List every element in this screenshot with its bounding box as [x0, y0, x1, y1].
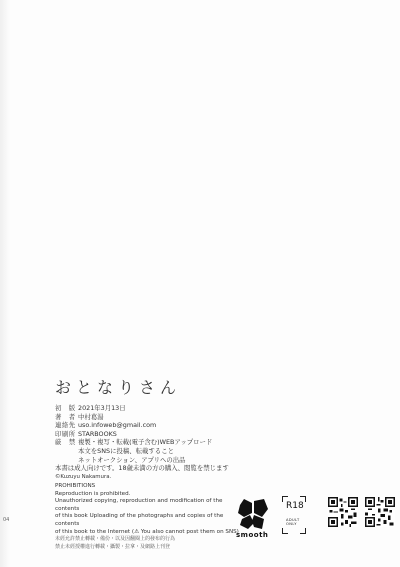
colophon-row-contact: 連絡先 uso.infoweb@gmail.com: [55, 421, 229, 430]
prohibited-line: ネットオークション、アプリへの出品: [55, 456, 229, 465]
book-title: おとなりさん: [55, 375, 181, 398]
colophon-row-author: 著 者 中村葛湯: [55, 413, 229, 422]
prohibited-line: 本文をSNSに投稿、転載すること: [55, 447, 229, 456]
r18-label: R18: [286, 501, 304, 511]
qr-code-icon: [365, 497, 395, 527]
prohibitions-heading: PROHIBITIONS: [55, 483, 245, 491]
page-number: 04: [3, 517, 9, 523]
adult-notice: 本書は成人向けです。18歳未満の方の購入、閲覧を禁じます: [55, 464, 229, 473]
colophon-row-prohibited: 厳 禁 複製・複写・転載(電子含む)WEBアップロード: [55, 438, 229, 447]
prohibitions-block: PROHIBITIONS Reproduction is prohibited.…: [55, 483, 245, 551]
colophon: 初 版 2021年3月13日 著 者 中村葛湯 連絡先 uso.infoweb@…: [55, 404, 229, 481]
copyright: ©Kuzuyu Nakamura.: [55, 473, 229, 482]
r18-badge: R18 ADULT ONLY: [282, 496, 306, 534]
prohibitions-chinese-line: 未經允許禁止轉載・備份・以及因翻閱上的發布的行為: [55, 536, 245, 544]
prohibitions-chinese-line: 禁止未經授權進行轉載・攝製・拉拿・及網路上刊登: [55, 544, 245, 552]
prohibitions-line: of this book Uploading of the photograph…: [55, 513, 245, 528]
contact-email: uso.infoweb@gmail.com: [78, 421, 156, 430]
qr-code-icon: [328, 497, 358, 527]
r18-sublabel: ADULT ONLY: [286, 518, 306, 526]
smooth-logo-text: smooth: [236, 531, 268, 539]
prohibitions-line: Unauthorized copying, reproduction and m…: [55, 498, 245, 513]
prohibitions-line: Reproduction is prohibited.: [55, 491, 245, 499]
smooth-logo: smooth: [236, 497, 272, 539]
smooth-logo-icon: [236, 497, 272, 531]
binding-gutter: [0, 0, 10, 567]
colophon-row-edition: 初 版 2021年3月13日: [55, 404, 229, 413]
